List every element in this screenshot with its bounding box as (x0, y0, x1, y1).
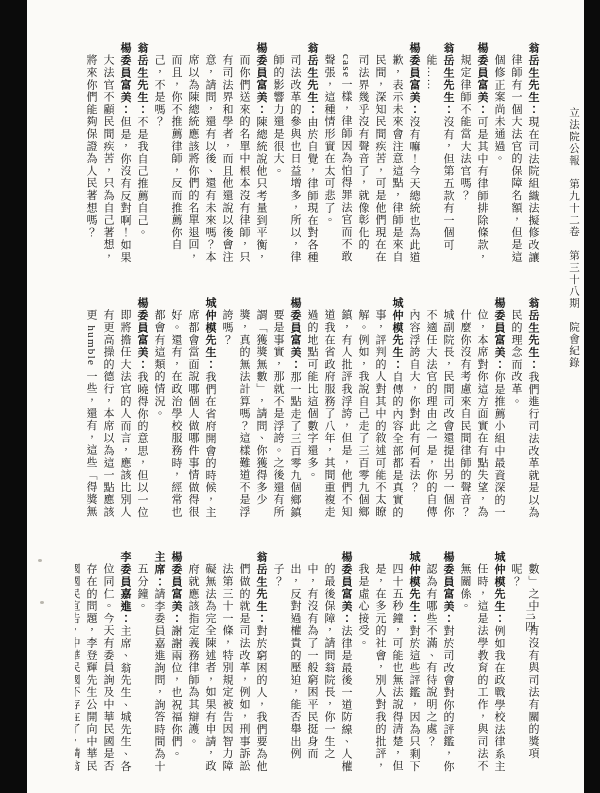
speech-paragraph: 數」之中，有沒有與司法有關的獎項呢？ (507, 551, 541, 775)
speaker-name: 翁岳生先生： (306, 42, 318, 116)
speech-paragraph: 楊委員富美：你是推薦小組中最資深的一位，本席對你這方面實在有點失望，為什麼你沒有… (405, 297, 507, 521)
text-band-middle: 翁岳生先生：我們進行司法改革就是以為民的理念而改革。楊委員富美：你是推薦小組中最… (75, 297, 541, 521)
scan-speck (38, 559, 42, 562)
speaker-name: 城仲模先生： (408, 551, 420, 625)
text-band-top: 翁岳生先生：現在司法院組織法擬修改讓律師有一個大法官的保障名額，但是這個修正案尚… (75, 42, 541, 266)
speech-paragraph: 楊委員富美：但是，你沒有反對啊！如果大法官不顧民間疾苦，只為自己著想，將來你們能… (82, 42, 133, 266)
scan-edge-left-bar (0, 0, 27, 793)
speech-paragraph: 楊委員富美：沒有嘛！今天總統也為此道歉，表示未來會注意這點，律師是來自民間，深知… (320, 42, 422, 266)
speaker-name: 主席： (153, 551, 165, 588)
speaker-name: 楊委員富美： (442, 551, 454, 625)
speech-paragraph: 翁岳生先生：不是我自己推薦自己。 (133, 42, 150, 266)
speech-paragraph: 楊委員富美：陳總統說他只考量到平衡，而你們送來的名單中根本沒有律師，只有司法界和… (150, 42, 269, 266)
speaker-name: 城仲模先生： (204, 297, 216, 371)
speaker-name: 城仲模先生： (391, 297, 403, 371)
speaker-name: 翁岳生先生： (527, 297, 539, 371)
speech-paragraph: 城仲模先生：例如我在政戰學校法律系主任時，這是法學教育的工作，與司法不無關係。 (456, 551, 507, 775)
speech-paragraph: 楊委員富美：我曉得你的意思，但以一位即將擔任大法官的人而言，應該比別人有更高操的… (82, 297, 150, 521)
speech-paragraph: 翁岳生先生：現在司法院組織法擬修改讓律師有一個大法官的保障名額，但是這個修正案尚… (490, 42, 541, 266)
speaker-name: 城仲模先生： (493, 551, 505, 625)
speaker-name: 楊委員富美： (255, 42, 267, 116)
speaker-name: 翁岳生先生： (527, 42, 539, 116)
speaker-name: 翁岳生先生： (255, 551, 267, 625)
speaker-name: 楊委員富美： (170, 551, 182, 625)
speaker-name: 楊委員富美： (289, 297, 301, 371)
speaker-name: 翁岳生先生： (442, 42, 454, 116)
text-band-bottom: 數」之中，有沒有與司法有關的獎項呢？城仲模先生：例如我在政戰學校法律系主任時，這… (75, 551, 541, 775)
speech-paragraph: 李委員嘉進：主席、翁先生、城先生、各位同仁。今天有委員詢及中華民國是否存在的問題… (75, 551, 133, 775)
speech-paragraph: 翁岳生先生：對於窮困的人，我們要為他們做的就是司法改革，例如，刑事訴訟法第三十一… (184, 551, 269, 775)
speech-paragraph: 翁岳生先生：沒有，但第五款有一個可能…… (422, 42, 456, 266)
speech-paragraph: 城仲模先生：自傳的內容全部都是真實的事，評判的人對其中的敘述可能不太瞭解。例如，… (303, 297, 405, 521)
speech-paragraph: 楊委員富美：法律是最後一道防線、人權的最後保障，請問翁院長，你一生之中，有沒有為… (269, 551, 354, 775)
speaker-name: 楊委員富美： (340, 551, 352, 625)
speech-paragraph: 城仲模先生：對於這些評鑑，因為只剩下四十五秒鐘，可能也無法說得清楚，但是，在多元… (354, 551, 422, 775)
speaker-name: 楊委員富美： (408, 42, 420, 116)
speech-paragraph: 翁岳生先生：我們進行司法改革就是以為民的理念而改革。 (507, 297, 541, 521)
speaker-name: 翁岳生先生： (136, 42, 148, 116)
scan-speck (40, 601, 44, 604)
speaker-name: 楊委員富美： (476, 42, 488, 116)
scan-edge-right-bar (584, 0, 600, 793)
speech-paragraph: 楊委員富美：那一點走了三百零九個鄉鎮要是事實，那就不是浮誇。之後還有所謂「獲獎無… (218, 297, 303, 521)
speech-paragraph: 城仲模先生：我們在省府開會的時候，主席都會當面說哪個人做哪件事情做得很好。還有，… (150, 297, 218, 521)
speech-paragraph: 翁岳生先生：由於自覺，律師現在對各種司法改革的參與也日益增多，所以，律師的影響力… (269, 42, 320, 266)
speaker-name: 楊委員富美： (136, 297, 148, 371)
speech-paragraph: 楊委員富美：謝謝兩位，也祝福你們。 (167, 551, 184, 775)
speaker-name: 楊委員富美： (119, 42, 131, 116)
speaker-name: 李委員嘉進： (119, 551, 131, 625)
gazette-scan-page: 立法院公報 第九十二卷 第三十八期 院會紀錄 三四 翁岳生先生：現在司法院組織法… (0, 0, 600, 793)
speech-paragraph: 楊委員富美：對於司改會對你的評鑑，你認為有哪些不滿、有待說明之處？ (422, 551, 456, 775)
gazette-header-title: 立法院公報 第九十二卷 第三十八期 院會紀錄 (566, 107, 580, 369)
speaker-name: 楊委員富美： (493, 297, 505, 371)
speech-paragraph: 主席：請李委員嘉進詢問，詢答時間為十五分鐘。 (133, 551, 167, 775)
speech-paragraph: 楊委員富美：可是其中有律師排除條款，規定律師不能當大法官嗎？ (456, 42, 490, 266)
